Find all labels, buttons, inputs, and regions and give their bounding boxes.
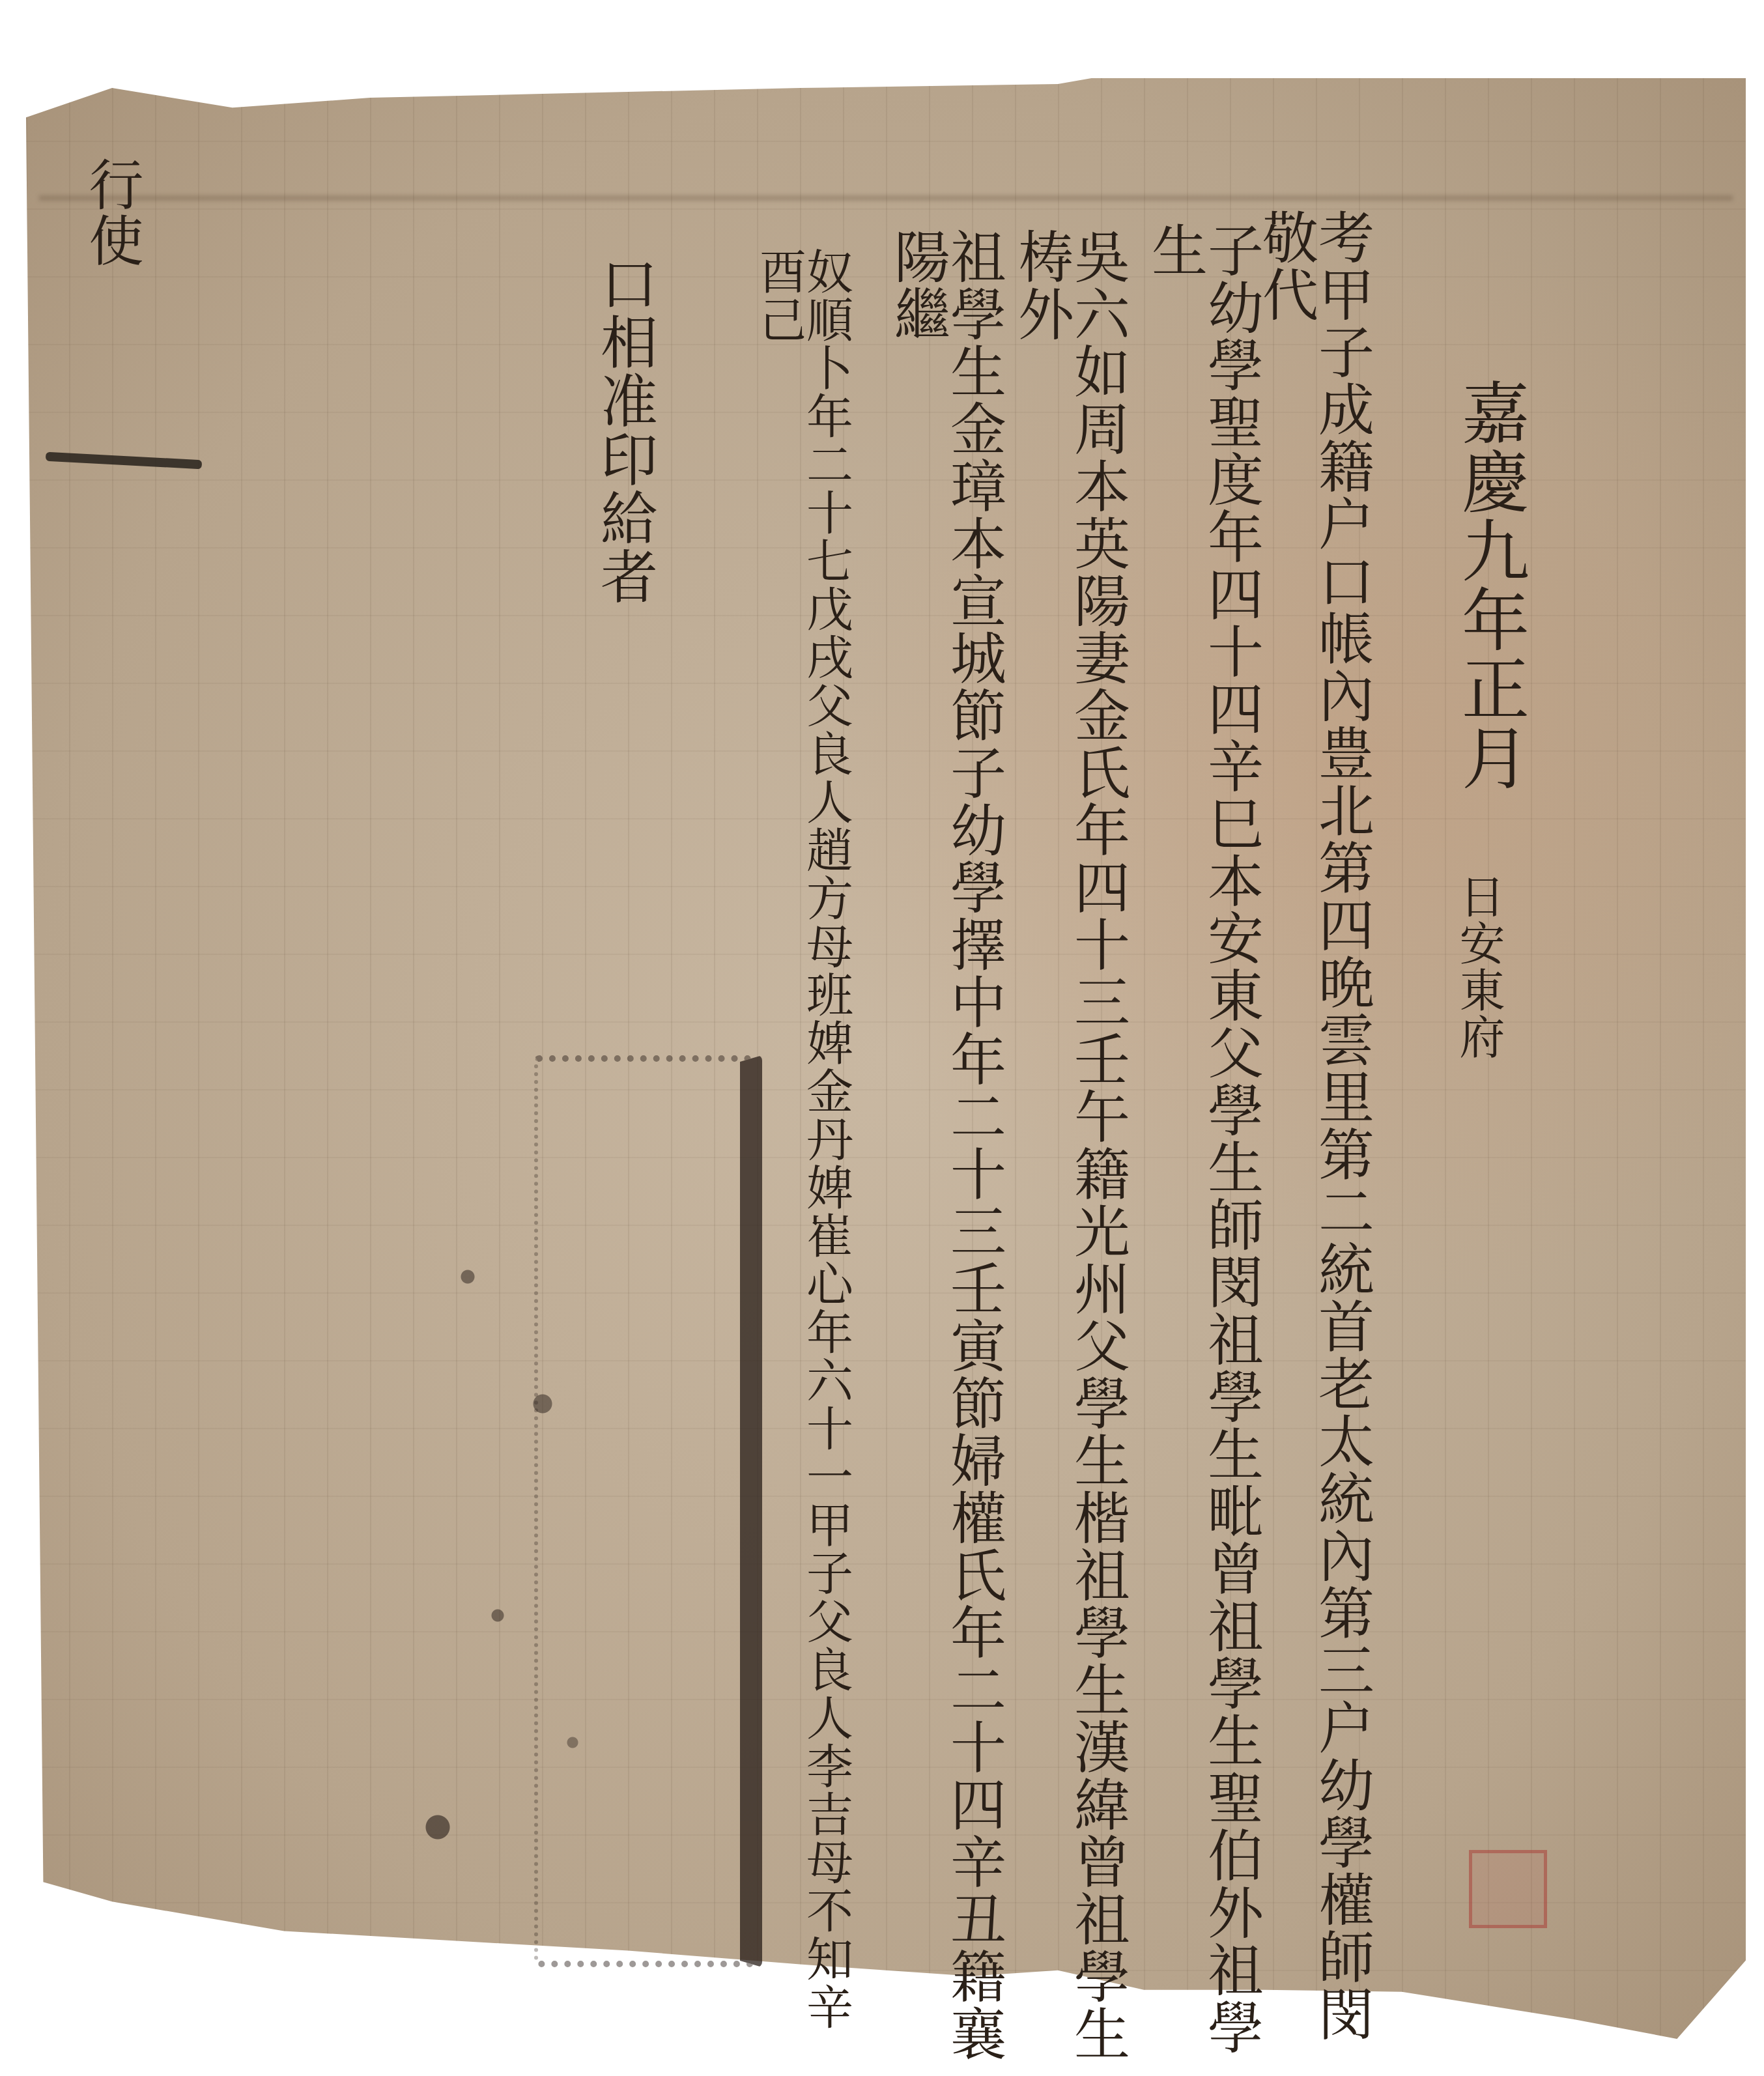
text-line-1: 考甲子成籍户口帳內豊北第四晩雲里第二統首老太統內第三户幼學權師閔敬代 [1257,208,1369,2076]
ink-stamp [534,1055,762,1967]
text-line-2: 子幼學聖度年四十四辛巳本安東父學生師閔祖學生毗曾祖學生聖伯外祖學生 [1146,221,1259,2076]
text-line-4: 祖學生金璋本宣城節子幼學擇中年二十三壬寅節婦權氏年二十四辛丑籍襄陽繼 [889,228,1001,2076]
red-seal [1469,1850,1547,1928]
date-line: 嘉慶九年正月 [1456,378,1524,792]
text-line-6: 口相准印給者 [596,254,653,606]
fold-line [39,195,1733,201]
date-text: 嘉慶九年正月 [1450,378,1529,792]
margin-note: 行使 [85,156,139,268]
date-suffix: 日安東府 [1456,873,1501,1060]
text-line-3: 吳六如周本英陽妻金氏年四十三壬午籍光州父學生楷祖學生漢緯曾祖學生梼外 [1013,228,1125,2076]
text-line-5: 奴順卜年二十七戊戌父良人趙方母班婢金丹婢崔心年六十一甲子父良人李吉母不知辛酉己 [756,248,849,2076]
